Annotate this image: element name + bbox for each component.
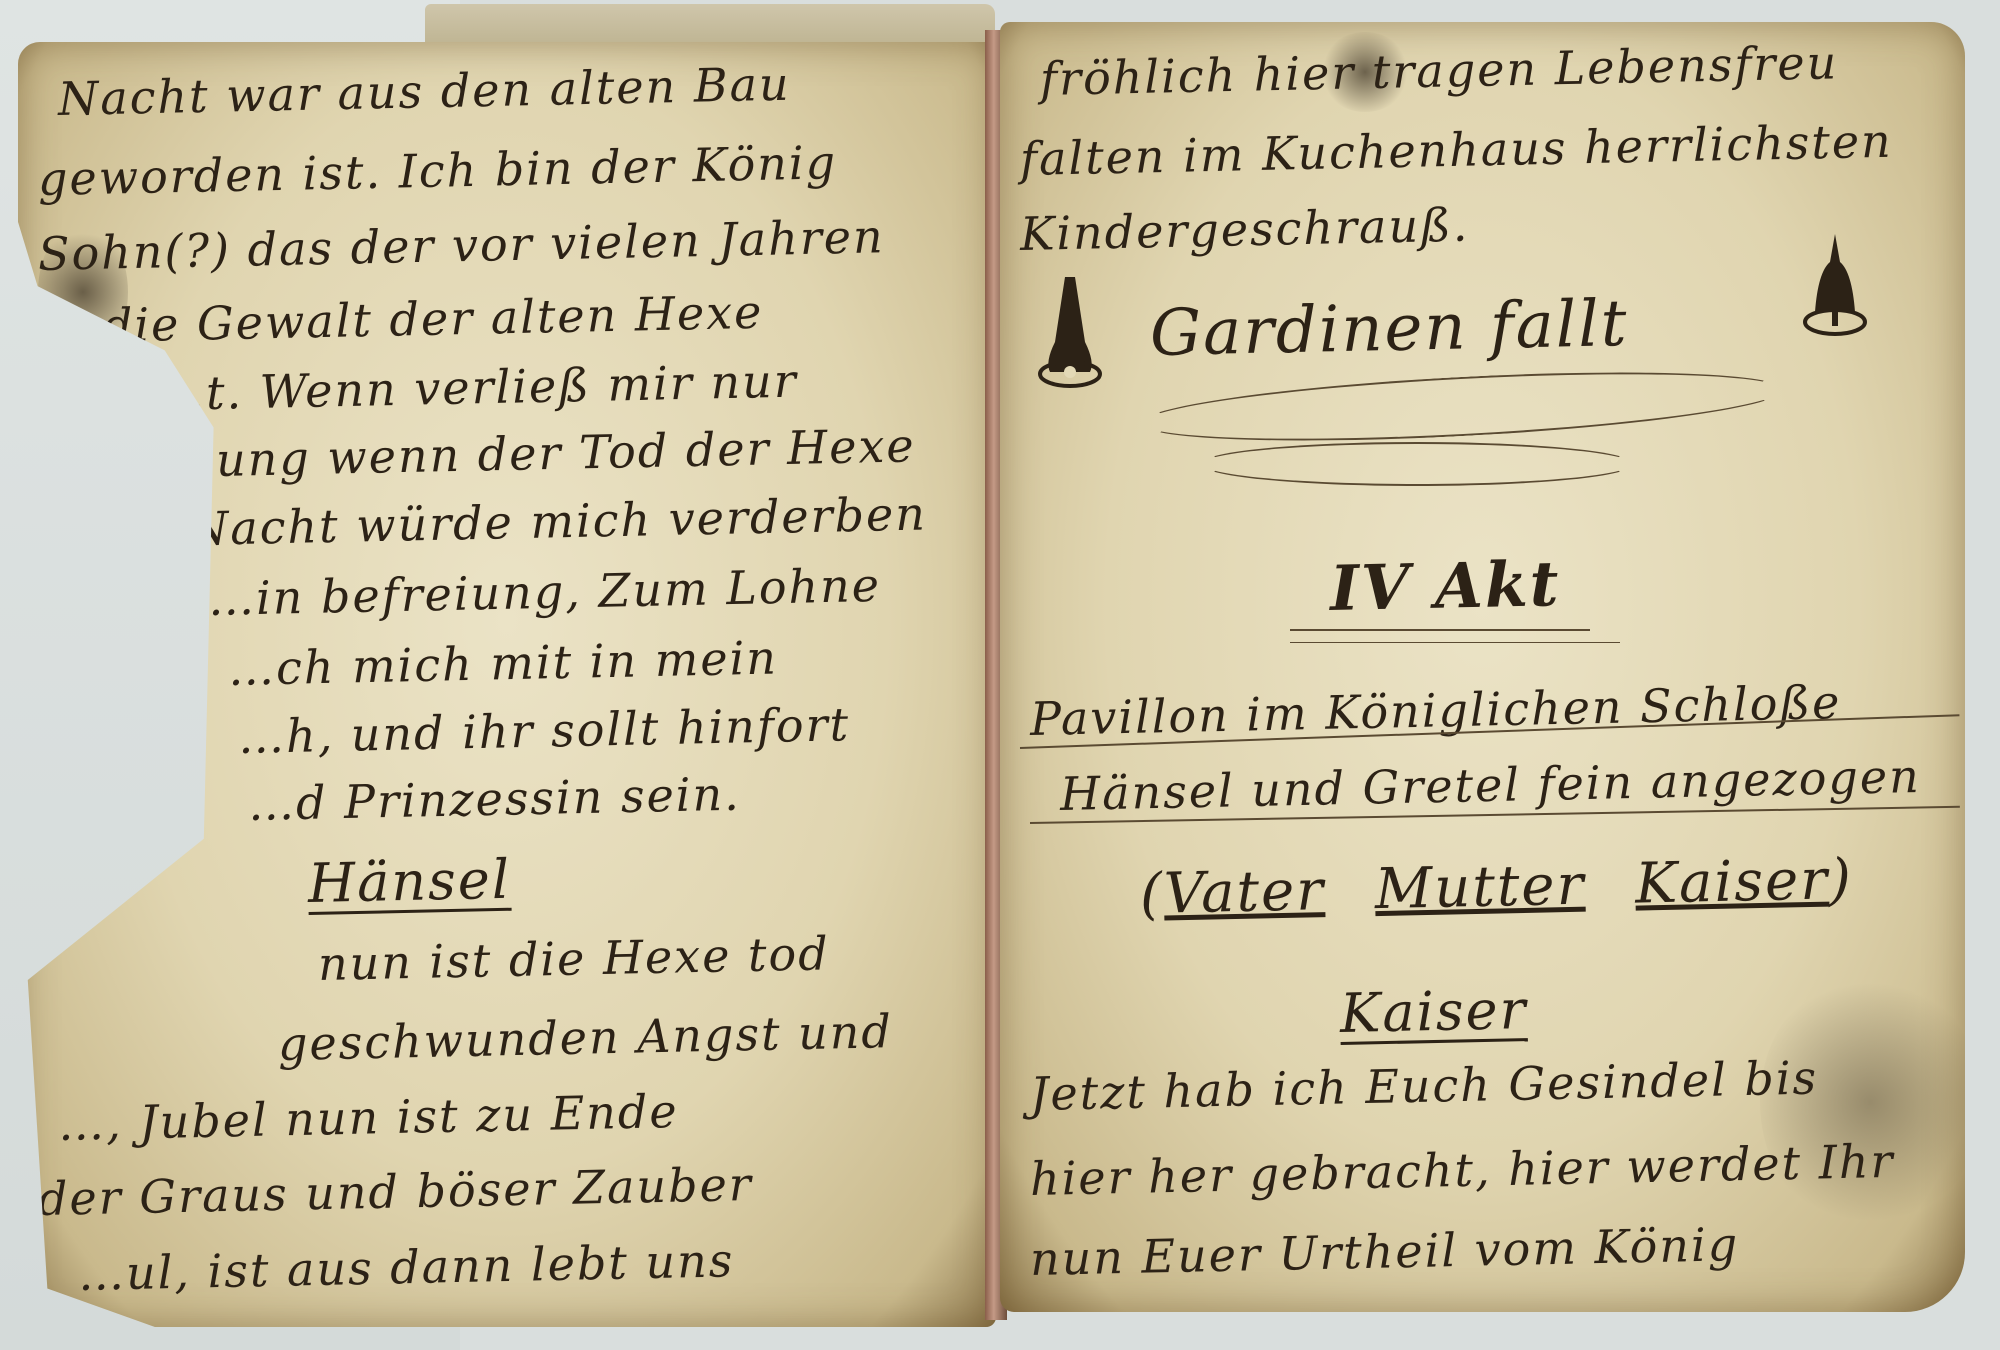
left-line-5: …t. Wenn verließ mir nur <box>157 354 798 421</box>
right-line-2: falten im Kuchenhaus herrlichsten <box>1019 114 1893 186</box>
act-title: IV Akt <box>1329 547 1561 625</box>
left-speaker-heading: Hänsel <box>307 848 511 915</box>
character-vater: Vater <box>1163 858 1325 926</box>
right-line-1: fröhlich hier tragen Lebensfreu <box>1039 35 1838 106</box>
bell-icon-left <box>1035 272 1105 392</box>
left-line-3: Sohn(?) das der vor vielen Jahren <box>37 209 885 281</box>
left-line-7: Nacht würde mich verderben <box>187 487 927 556</box>
decorative-flourish <box>1139 360 1785 453</box>
left-speech-2: geschwunden Angst und <box>277 1004 893 1071</box>
left-speech-1: nun ist die Hexe tod <box>317 926 830 991</box>
left-speech-3: …, Jubel nun ist zu Ende <box>57 1084 679 1151</box>
bell-icon-right <box>1800 232 1870 352</box>
right-speech-3: nun Euer Urtheil vom König <box>1029 1217 1739 1286</box>
left-line-10: …h, und ihr sollt hinfort <box>237 697 850 764</box>
act-numeral: IV <box>1329 550 1412 625</box>
left-line-9: …ch mich mit in mein <box>227 630 778 696</box>
left-line-8: …in befreiung, Zum Lohne <box>207 558 881 626</box>
decorative-flourish <box>1200 442 1634 486</box>
act-word: Akt <box>1434 547 1561 623</box>
page-stack-edge <box>425 4 995 44</box>
character-mutter: Mutter <box>1374 853 1586 922</box>
right-page: fröhlich hier tragen Lebensfreu falten i… <box>1000 22 1965 1312</box>
left-speech-4: der Graus und böser Zauber <box>37 1157 753 1226</box>
curtain-note: Gardinen fallt <box>1149 287 1629 371</box>
act-underline <box>1290 629 1590 631</box>
right-speaker-heading: Kaiser <box>1339 978 1528 1045</box>
stage-direction-1: Pavillon im Königlichen Schloße <box>1029 675 1841 746</box>
left-line-6: …ung wenn der Tod der Hexe <box>167 418 916 488</box>
right-speech-1: Jetzt hab ich Euch Gesindel bis <box>1029 1050 1818 1120</box>
left-line-2: geworden ist. Ich bin der König <box>37 135 837 206</box>
right-line-3: Kindergeschrauß. <box>1019 198 1469 261</box>
left-line-11: …d Prinzessin sein. <box>247 767 741 831</box>
character-list: (VaterMutterKaiser) <box>1139 847 1853 927</box>
paren-open: ( <box>1139 862 1164 927</box>
left-line-1: Nacht war aus den alten Bau <box>57 57 791 126</box>
act-underline <box>1290 642 1620 643</box>
character-kaiser: Kaiser <box>1635 848 1830 917</box>
right-speech-2: hier her gebracht, hier werdet Ihr <box>1029 1134 1895 1206</box>
left-speech-5: …ul, ist aus dann lebt uns <box>77 1233 734 1301</box>
paren-close: ) <box>1828 847 1853 912</box>
